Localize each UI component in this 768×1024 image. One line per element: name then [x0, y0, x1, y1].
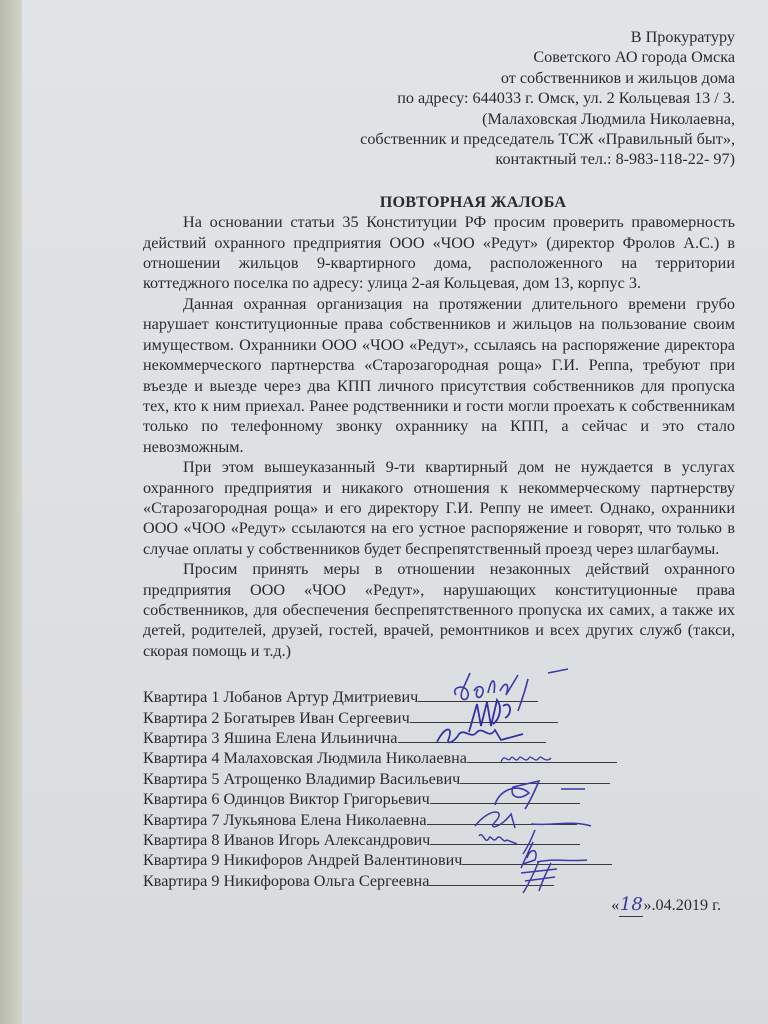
document-photo: В Прокуратуру Советского АО города Омска…: [0, 0, 768, 1024]
signature-line: [410, 708, 558, 723]
signatory-label: Квартира 5 Атрощенко Владимир Васильевич: [143, 770, 460, 788]
signature-row: Квартира 3 Яшина Елена Ильинична: [143, 728, 743, 748]
addressee-line: контактный тел.: 8-983-118-22- 97): [143, 149, 735, 169]
signatory-label: Квартира 8 Иванов Игорь Александрович: [143, 831, 430, 849]
complaint-letter: В Прокуратуру Советского АО города Омска…: [143, 27, 743, 917]
paragraph-violation: Данная охранная организация на протяжени…: [143, 294, 743, 457]
signature-list: Квартира 1 Лобанов Артур Дмитриевич Квар…: [143, 687, 743, 891]
date-day-handwritten: 18: [619, 895, 643, 916]
addressee-line: от собственников и жильцов дома: [143, 68, 735, 88]
signatory-label: Квартира 6 Одинцов Виктор Григорьевич: [143, 790, 430, 808]
signatory-label: Квартира 2 Богатырев Иван Сергеевич: [143, 709, 410, 727]
signature-line: [427, 810, 577, 825]
addressee-line: собственник и председатель ТСЖ «Правильн…: [143, 129, 735, 149]
signature-line: [462, 850, 612, 865]
signature-row: Квартира 9 Никифоров Андрей Валентинович: [143, 850, 743, 870]
signatory-label: Квартира 7 Лукьянова Елена Николаевна: [143, 811, 427, 829]
signature-row: Квартира 6 Одинцов Виктор Григорьевич: [143, 789, 743, 809]
date-open-quote: «: [611, 896, 619, 914]
addressee-line: (Малаховская Людмила Николаевна,: [143, 109, 735, 129]
signature-line: [429, 871, 554, 886]
signature-line: [430, 789, 580, 804]
addressee-line: по адресу: 644033 г. Омск, ул. 2 Кольцев…: [143, 88, 735, 108]
signature-row: Квартира 7 Лукьянова Елена Николаевна: [143, 810, 743, 830]
signatory-label: Квартира 4 Малаховская Людмила Николаевн…: [143, 749, 467, 767]
signature-line: [398, 728, 546, 743]
addressee-block: В Прокуратуру Советского АО города Омска…: [143, 27, 743, 170]
signature-line: [460, 769, 610, 784]
signature-line: [467, 748, 617, 763]
paragraph-request: Просим принять меры в отношении незаконн…: [143, 559, 743, 661]
page-edge: [0, 0, 22, 1024]
signature-row: Квартира 8 Иванов Игорь Александрович: [143, 830, 743, 850]
paragraph-basis: На основании статьи 35 Конституции РФ пр…: [143, 212, 743, 294]
signature-row: Квартира 1 Лобанов Артур Дмитриевич: [143, 687, 743, 707]
signatory-label: Квартира 9 Никифорова Ольга Сергеевна: [143, 872, 429, 890]
document-title: ПОВТОРНАЯ ЖАЛОБА: [143, 192, 743, 212]
signature-row: Квартира 2 Богатырев Иван Сергеевич: [143, 708, 743, 728]
signing-date: «18».04.2019 г.: [143, 895, 743, 916]
signature-row: Квартира 9 Никифорова Ольга Сергеевна: [143, 871, 743, 891]
signature-row: Квартира 5 Атрощенко Владимир Васильевич: [143, 769, 743, 789]
addressee-line: Советского АО города Омска: [143, 47, 735, 67]
signature-line: [418, 687, 538, 702]
signatory-label: Квартира 9 Никифоров Андрей Валентинович: [143, 851, 462, 869]
paragraph-details: При этом вышеуказанный 9-ти квартирный д…: [143, 457, 743, 559]
signature-row: Квартира 4 Малаховская Людмила Николаевн…: [143, 748, 743, 768]
signature-line: [430, 830, 580, 845]
signatory-label: Квартира 3 Яшина Елена Ильинична: [143, 729, 398, 747]
signatory-label: Квартира 1 Лобанов Артур Дмитриевич: [143, 688, 418, 706]
date-rest: ».04.2019 г.: [643, 896, 721, 914]
addressee-line: В Прокуратуру: [143, 27, 735, 47]
